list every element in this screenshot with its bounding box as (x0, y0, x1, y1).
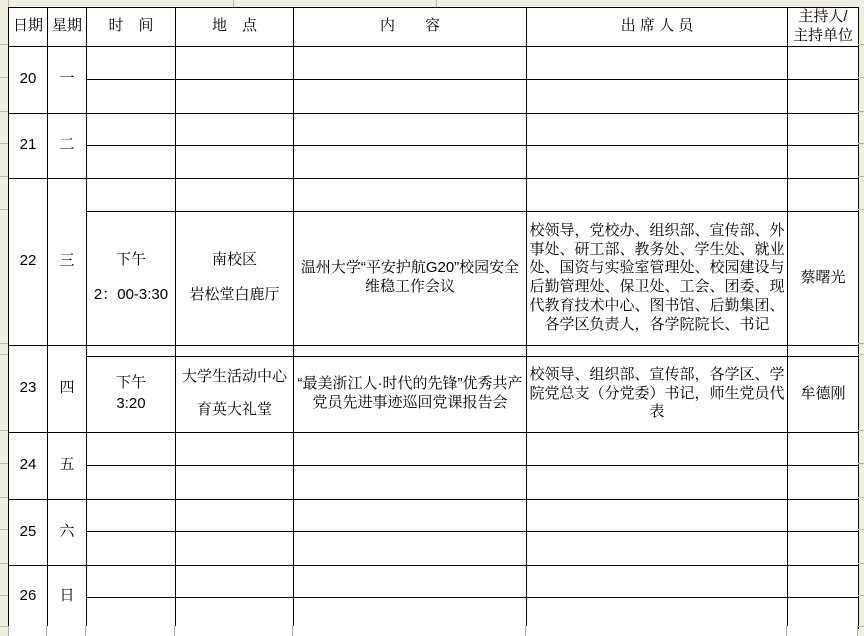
sheet-margin-left (0, 0, 8, 636)
gridline-tick (0, 463, 8, 464)
cell-date-22[interactable]: 22 (9, 178, 48, 345)
partial-cell (293, 626, 526, 636)
cell-attendees-23[interactable]: 校领导、组织部、宣传部，各学区、学院党总支（分党委）书记，师生党员代表 (527, 356, 788, 432)
gridline-tick (858, 209, 864, 210)
cell-empty[interactable] (294, 465, 527, 499)
cell-empty[interactable] (788, 46, 859, 79)
gridline-tick (858, 595, 864, 596)
cell-date-26[interactable]: 26 (9, 565, 48, 628)
gridline-tick (0, 77, 8, 78)
cell-date-23[interactable]: 23 (9, 345, 48, 432)
table-row (9, 531, 859, 565)
spreadsheet-screen: 日期 星期 时 间 地 点 内 容 出 席 人 员 主持人/ 主持单位 20 一 (0, 0, 864, 636)
cell-empty[interactable] (87, 79, 176, 113)
gridline-tick (0, 343, 8, 344)
header-row: 日期 星期 时 间 地 点 内 容 出 席 人 员 主持人/ 主持单位 (9, 8, 859, 47)
gridline-tick (0, 209, 8, 210)
cell-weekday-22[interactable]: 三 (48, 178, 87, 345)
cell-weekday-25[interactable]: 六 (48, 499, 87, 565)
time-line1: 下午 (89, 251, 173, 270)
partial-cell (86, 626, 175, 636)
gridline-tick (0, 626, 8, 627)
gridline-tick (858, 563, 864, 564)
gridline-tick (436, 0, 437, 7)
gridline-tick (858, 44, 864, 45)
cell-empty[interactable] (176, 465, 294, 499)
cell-empty[interactable] (788, 432, 859, 465)
cell-empty[interactable] (527, 79, 788, 113)
gridline-tick (8, 0, 9, 7)
cell-empty[interactable] (176, 432, 294, 465)
table-row: 25 六 (9, 499, 859, 531)
gridline-tick (858, 430, 864, 431)
partial-next-row (8, 626, 858, 636)
cell-weekday-23[interactable]: 四 (48, 345, 87, 432)
table-row: 20 一 (9, 46, 859, 79)
cell-weekday-24[interactable]: 五 (48, 432, 87, 499)
cell-empty[interactable] (176, 531, 294, 565)
cell-empty[interactable] (294, 145, 527, 178)
gridline-tick (0, 529, 8, 530)
cell-empty[interactable] (87, 113, 176, 145)
col-header-date: 日期 (9, 8, 48, 47)
col-header-attendees: 出 席 人 员 (527, 8, 788, 47)
cell-empty[interactable] (87, 345, 176, 356)
table-row (9, 465, 859, 499)
cell-location-23[interactable]: 大学生活动中心 育英大礼堂 (176, 356, 294, 432)
table-row: 下午 2：00-3:30 南校区 岩松堂白鹿厅 温州大学“平安护航G20”校园安… (9, 211, 859, 345)
table-row: 21 二 (9, 113, 859, 145)
sheet-margin-right (858, 0, 864, 636)
cell-empty[interactable] (176, 178, 294, 211)
cell-empty[interactable] (788, 465, 859, 499)
cell-empty[interactable] (527, 113, 788, 145)
cell-content-22[interactable]: 温州大学“平安护航G20”校园安全维稳工作会议 (294, 211, 527, 345)
cell-weekday-21[interactable]: 二 (48, 113, 87, 178)
gridline-tick (0, 430, 8, 431)
cell-empty[interactable] (527, 178, 788, 211)
table-row (9, 597, 859, 628)
time-line2: 2：00-3:30 (89, 286, 173, 305)
cell-empty[interactable] (87, 145, 176, 178)
col-header-location: 地 点 (176, 8, 294, 47)
gridline-tick (858, 111, 864, 112)
cell-empty[interactable] (176, 46, 294, 79)
cell-empty[interactable] (176, 499, 294, 531)
location-line2: 育英大礼堂 (178, 401, 291, 420)
cell-empty[interactable] (527, 465, 788, 499)
table-row (9, 145, 859, 178)
cell-time-22[interactable]: 下午 2：00-3:30 (87, 211, 176, 345)
partial-cell (526, 626, 787, 636)
cell-weekday-26[interactable]: 日 (48, 565, 87, 628)
col-header-content: 内 容 (294, 8, 527, 47)
cell-empty[interactable] (87, 531, 176, 565)
cell-empty[interactable] (294, 565, 527, 597)
cell-weekday-20[interactable]: 一 (48, 46, 87, 113)
gridline-tick (858, 626, 864, 627)
cell-host-22[interactable]: 蔡曙光 (788, 211, 859, 345)
cell-empty[interactable] (87, 565, 176, 597)
schedule-table: 日期 星期 时 间 地 点 内 容 出 席 人 员 主持人/ 主持单位 20 一 (8, 7, 859, 629)
table-row: 23 四 (9, 345, 859, 356)
cell-empty[interactable] (176, 113, 294, 145)
cell-empty[interactable] (87, 465, 176, 499)
cell-empty[interactable] (788, 145, 859, 178)
cell-empty[interactable] (788, 531, 859, 565)
gridline-tick (858, 77, 864, 78)
gridline-tick (0, 111, 8, 112)
gridline-tick (858, 354, 864, 355)
gridline-tick (0, 143, 8, 144)
cell-empty[interactable] (87, 46, 176, 79)
gridline-tick (0, 595, 8, 596)
cell-host-23[interactable]: 牟德刚 (788, 356, 859, 432)
cell-empty[interactable] (527, 597, 788, 628)
gridline-tick (858, 529, 864, 530)
cell-empty[interactable] (788, 113, 859, 145)
cell-date-24[interactable]: 24 (9, 432, 48, 499)
cell-time-23[interactable]: 下午 3:20 (87, 356, 176, 432)
col-header-host: 主持人/ 主持单位 (788, 8, 859, 47)
cell-empty[interactable] (788, 565, 859, 597)
partial-cell (175, 626, 293, 636)
cell-empty[interactable] (294, 46, 527, 79)
cell-empty[interactable] (527, 499, 788, 531)
cell-empty[interactable] (87, 432, 176, 465)
gridline-tick (233, 0, 234, 7)
gridline-tick (858, 497, 864, 498)
gridline-tick (0, 354, 8, 355)
cell-empty[interactable] (294, 531, 527, 565)
cell-empty[interactable] (294, 79, 527, 113)
cell-empty[interactable] (294, 178, 527, 211)
table-row: 24 五 (9, 432, 859, 465)
table-row: 26 日 (9, 565, 859, 597)
cell-empty[interactable] (87, 178, 176, 211)
cell-empty[interactable] (527, 46, 788, 79)
time-line1: 下午 (89, 374, 173, 393)
cell-empty[interactable] (87, 597, 176, 628)
time-line2: 3:20 (89, 395, 173, 414)
table-row: 22 三 (9, 178, 859, 211)
cell-empty[interactable] (294, 432, 527, 465)
col-header-time: 时 间 (87, 8, 176, 47)
gridline-tick (858, 463, 864, 464)
table-row (9, 79, 859, 113)
cell-empty[interactable] (176, 145, 294, 178)
cell-attendees-22[interactable]: 校领导，党校办、组织部、宣传部、外事处、研工部、教务处、学生处、就业处、国资与实… (527, 211, 788, 345)
cell-empty[interactable] (527, 345, 788, 356)
cell-location-22[interactable]: 南校区 岩松堂白鹿厅 (176, 211, 294, 345)
gridline-tick (0, 563, 8, 564)
partial-cell (8, 626, 47, 636)
cell-empty[interactable] (527, 432, 788, 465)
cell-empty[interactable] (176, 345, 294, 356)
gridline-tick (858, 143, 864, 144)
gridline-tick (0, 497, 8, 498)
cell-empty[interactable] (527, 531, 788, 565)
location-line2: 岩松堂白鹿厅 (178, 286, 291, 305)
cell-empty[interactable] (294, 597, 527, 628)
cell-empty[interactable] (294, 345, 527, 356)
cell-date-25[interactable]: 25 (9, 499, 48, 565)
cell-empty[interactable] (788, 345, 859, 356)
cell-empty[interactable] (176, 565, 294, 597)
gridline-tick (858, 343, 864, 344)
cell-date-21[interactable]: 21 (9, 113, 48, 178)
col-header-weekday: 星期 (48, 8, 87, 47)
cell-date-20[interactable]: 20 (9, 46, 48, 113)
location-line1: 南校区 (178, 251, 291, 270)
cell-empty[interactable] (176, 597, 294, 628)
gridline-tick (858, 176, 864, 177)
cell-content-23[interactable]: “最美浙江人·时代的先锋”优秀共产党员先进事迹巡回党课报告会 (294, 356, 527, 432)
location-line1: 大学生活动中心 (178, 368, 291, 387)
gridline-tick (0, 176, 8, 177)
partial-cell (787, 626, 858, 636)
cell-empty[interactable] (176, 79, 294, 113)
host-header-line1: 主持人/ (790, 8, 856, 27)
sheet-margin-top (0, 0, 864, 7)
cell-empty[interactable] (527, 145, 788, 178)
gridline-tick (0, 44, 8, 45)
cell-empty[interactable] (87, 499, 176, 531)
cell-empty[interactable] (294, 499, 527, 531)
cell-empty[interactable] (294, 113, 527, 145)
partial-cell (47, 626, 86, 636)
cell-empty[interactable] (788, 597, 859, 628)
cell-empty[interactable] (788, 499, 859, 531)
cell-empty[interactable] (527, 565, 788, 597)
table-row: 下午 3:20 大学生活动中心 育英大礼堂 “最美浙江人·时代的先锋”优秀共产党… (9, 356, 859, 432)
cell-empty[interactable] (788, 178, 859, 211)
host-header-line2: 主持单位 (790, 27, 856, 46)
cell-empty[interactable] (788, 79, 859, 113)
